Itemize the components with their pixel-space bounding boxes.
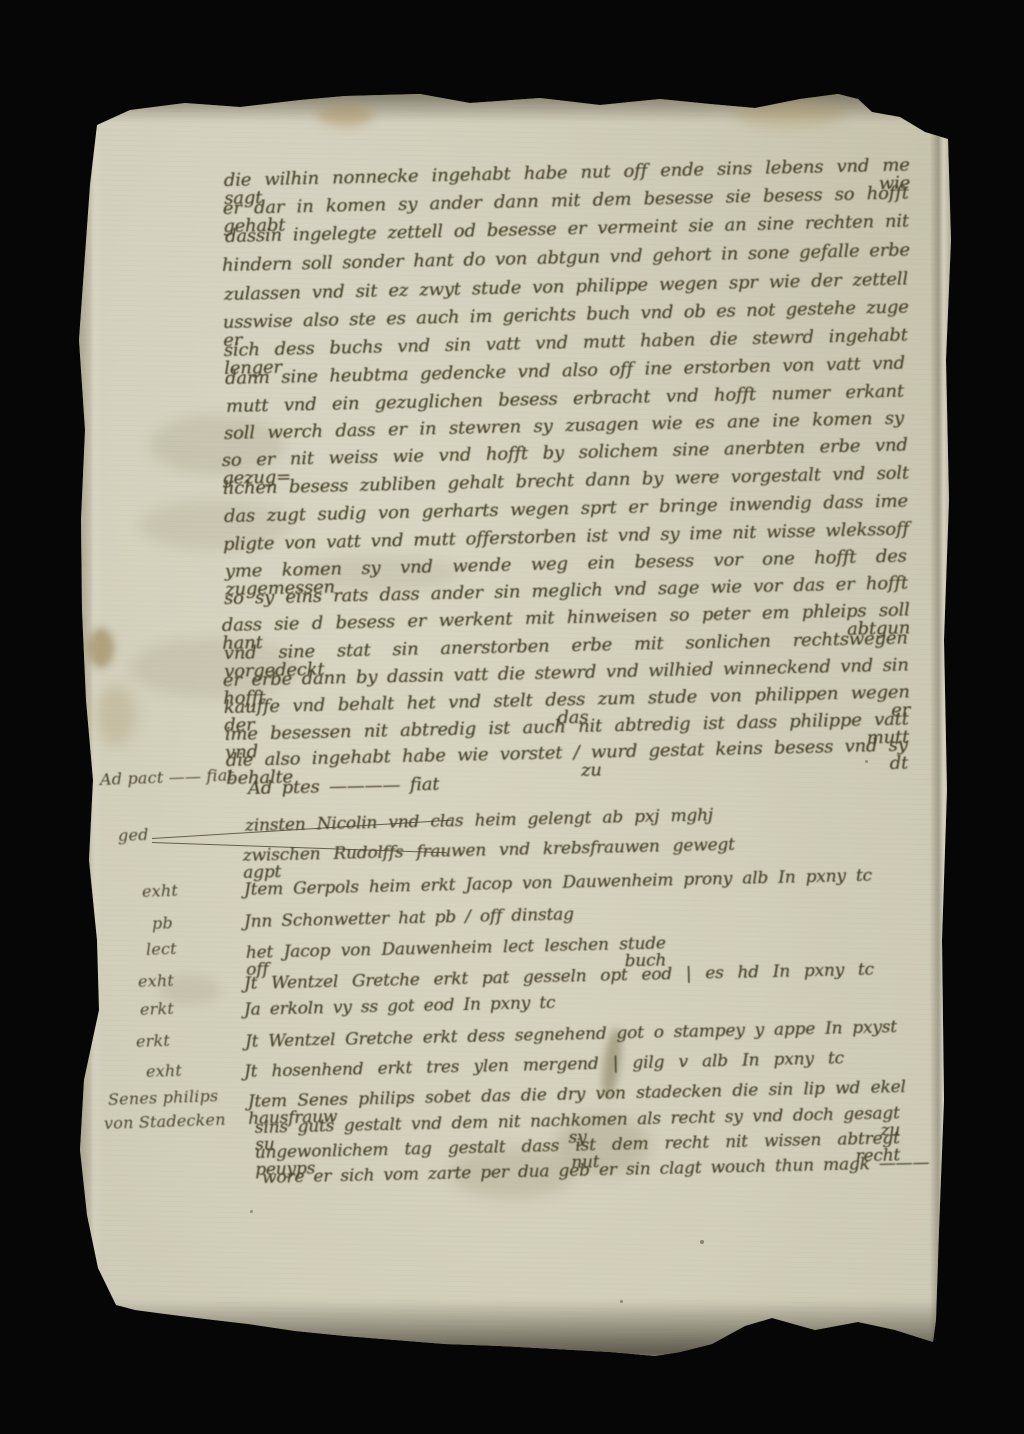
- margin-annotation: erkt: [140, 1001, 175, 1018]
- margin-annotation: lect: [146, 941, 177, 958]
- margin-annotation-fiat: Ad pact —— fiat: [100, 767, 235, 788]
- margin-annotation-name: von Stadecken: [104, 1112, 226, 1132]
- margin-annotation: exht: [146, 1063, 183, 1080]
- margin-annotation: exht: [138, 973, 175, 990]
- photo-background: { "page": { "background_color": "#060606…: [0, 0, 1024, 1434]
- stain: [96, 685, 136, 745]
- manuscript-page: die wilhin nonnecke ingehabt habe nut of…: [0, 0, 1024, 1434]
- margin-annotation: pb: [152, 915, 173, 932]
- top-edge-shadow: [78, 92, 953, 122]
- entry-line: Ja erkoln vy ss got eod In pxny tc: [244, 995, 556, 1019]
- speck: [620, 1300, 623, 1303]
- margin-annotation-name: Senes philips: [108, 1088, 219, 1108]
- entry-line: Jt hosenhend erkt tres ylen mergend | gi…: [244, 1050, 844, 1081]
- speck: [250, 1210, 253, 1213]
- margin-annotation: ged: [118, 827, 149, 844]
- stain: [318, 104, 373, 126]
- stain: [735, 100, 845, 126]
- entry-line: Jnn Schonwetter hat pb / off dinstag: [244, 907, 574, 931]
- entry-line: Jt Wentzel Gretche erkt dess segnehend g…: [245, 1019, 897, 1051]
- right-edge-crease: [930, 130, 952, 1342]
- entry-line: zinsten Nicolin vnd clas heim gelengt ab…: [245, 807, 713, 835]
- bottom-edge-shadow: [80, 1300, 940, 1358]
- fiat-line: Ad ptes ———— fiat: [248, 776, 440, 798]
- margin-annotation: erkt: [136, 1033, 171, 1050]
- left-edge-shadow: [76, 110, 96, 1320]
- stain: [88, 628, 114, 668]
- margin-annotation: exht: [142, 883, 179, 900]
- left-edge-highlight: [92, 130, 102, 1290]
- speck: [700, 1240, 704, 1244]
